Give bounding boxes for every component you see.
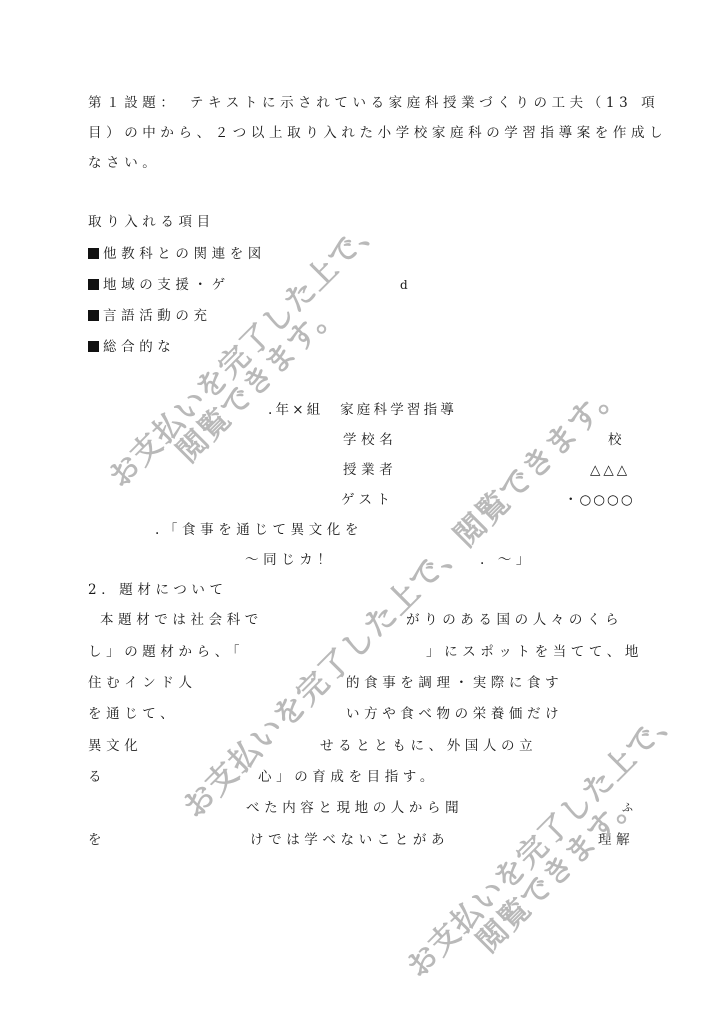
item-row: 総合的な — [88, 338, 175, 356]
item-label: 言語活動の充 — [103, 308, 212, 324]
row-label-teacher: 授業者 — [343, 461, 397, 479]
document-page: 第１設題： テキストに示されている家庭科授業づくりの工夫（13 項 目）の中から… — [0, 0, 724, 1024]
row-value-teacher: △△△ — [590, 461, 630, 479]
question-line-2: 目）の中から、２つ以上取り入れた小学校家庭科の学習指導案を作成し — [88, 124, 667, 142]
item-label: 総合的な — [103, 339, 175, 355]
paragraph-line-left: 住むインド人 — [88, 674, 197, 692]
question-line-1: 第１設題： テキストに示されている家庭科授業づくりの工夫（13 項 — [88, 94, 659, 112]
paragraph-line-far-right: 理解 — [598, 831, 634, 849]
paragraph-line-right: 」にスポットを当てて、地 — [426, 643, 643, 661]
square-bullet-icon — [88, 248, 99, 259]
lesson-plan-title: .年×組 家庭科学習指導 — [268, 401, 457, 419]
item-label: 地域の支援・ゲ — [103, 277, 230, 293]
paragraph-line-right: がりのある国の人々のくら — [406, 611, 623, 629]
item-row: 言語活動の充 — [88, 307, 212, 325]
paragraph-line-right: 的食事を調理・実際に食す — [346, 674, 563, 692]
section-2-heading: 2．題材について — [88, 581, 228, 599]
paragraph-line-far-right: ふ — [622, 799, 638, 817]
watermark-line-2: 閲覧できます。 — [470, 783, 647, 960]
paragraph-line-right: い方や食べ物の栄養価だけ — [346, 705, 563, 723]
paragraph-line-left: 異文化 — [88, 737, 142, 755]
items-heading: 取り入れる項目 — [88, 213, 215, 231]
row-label-guest: ゲスト — [341, 491, 395, 509]
square-bullet-icon — [88, 341, 99, 352]
square-bullet-icon — [88, 310, 99, 321]
paragraph-line-right: せるとともに、外国人の立 — [320, 737, 537, 755]
row-label-school: 学校名 — [343, 431, 397, 449]
paragraph-line-left: 本題材では社会科で — [100, 611, 263, 629]
unit-subtitle-right: . ～」 — [480, 551, 534, 569]
paragraph-line-right: べた内容と現地の人から聞 — [246, 799, 463, 817]
row-value-guest: ・○○○○ — [564, 491, 635, 509]
item-fragment: d — [400, 276, 408, 294]
item-label: 他教科との関連を図 — [103, 246, 266, 262]
square-bullet-icon — [88, 279, 99, 290]
paragraph-line-left: る — [88, 768, 106, 786]
unit-title: .「食事を通じて異文化を — [155, 521, 363, 539]
paragraph-line-left: を通じて、 — [88, 705, 178, 723]
item-row: 地域の支援・ゲ — [88, 276, 230, 294]
watermark-middle: お支払いを完了した上で、閲覧できます。 — [176, 372, 629, 825]
paragraph-line-left: を — [88, 831, 106, 849]
item-row: 他教科との関連を図 — [88, 245, 266, 263]
question-line-3: なさい。 — [88, 154, 160, 172]
watermark: 閲覧できます。 — [470, 783, 647, 960]
row-value-school: 校 — [608, 431, 624, 449]
paragraph-line-right: けでは学べないことがあ — [250, 831, 449, 849]
paragraph-line-left: し」の題材から、「 — [88, 643, 244, 661]
paragraph-line-right: 心」の育成を目指す。 — [258, 768, 438, 786]
unit-subtitle-left: ～同じカ！ — [245, 551, 336, 569]
